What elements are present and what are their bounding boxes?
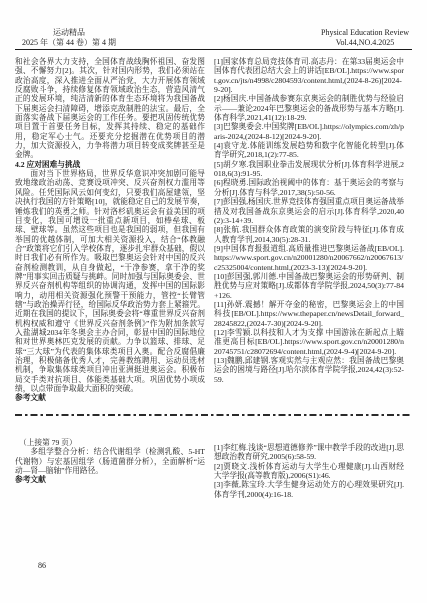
continued-article-left-column: （上接第 79 页） 多组学整合分析：结合代谢组学（检测乳酸、5-HT 代谢物）…: [15, 416, 205, 566]
reference-item: [1]李红梅.浅谈“思想道德修养”课中教学手段的改进[J].思想政治教育研究,2…: [214, 443, 404, 462]
reference-item: [13]魏鹏,邱建钢.客观实然与主观应然：我国备战巴黎奥运会的困境与路径[J].…: [214, 356, 404, 384]
running-head: 运动精品 2025 年（第 44 卷）第 4 期 Physical Educat…: [16, 28, 411, 47]
reference-item: [2]贾晓文.浅析体育运动与大学生心理健康[J].山西财经大学学报(高等教育版)…: [214, 462, 404, 481]
journal-issue-cn: 2025 年（第 44 卷）第 4 期: [22, 38, 116, 48]
journal-page: 运动精品 2025 年（第 44 卷）第 4 期 Physical Educat…: [0, 0, 427, 603]
reference-item: [7]彭国强,杨国庆.世界竞技体育强国重点项目奥运备战举措及对我国备战东京奥运会…: [214, 197, 404, 225]
reference-item: [2]杨国庆.中国备战参赛东京奥运会的制胜优势与经验启示——兼论2024年巴黎奥…: [214, 94, 404, 122]
main-article-left-column: 和社会各界大力支持，全国体育战线胸怀祖国、奋发图强、不懈努力[2]。其次，针对国…: [15, 57, 205, 410]
journal-title-en: Physical Education Review: [321, 28, 409, 38]
reference-item: [9]中国体育报报道组.高质量推进巴黎奥运备战[EB/OL].https://w…: [214, 244, 404, 272]
reference-item: [12]李雪颖.以科技和人才为支撑 中国游泳在新起点上瞄准更高目标[EB/OL]…: [214, 328, 404, 356]
reference-item: [1]国家体育总局竞技体育司.高志丹：在第33届奥运会中国体育代表团总结大会上的…: [214, 57, 404, 94]
reference-item: [3]巴黎奥委会.中国奖牌[EB/OL].https://olympics.co…: [214, 122, 404, 141]
main-article-references-column: [1]国家体育总局竞技体育司.高志丹：在第33届奥运会中国体育代表团总结大会上的…: [214, 57, 404, 410]
reference-item: [5]胡夕寒.我国职业拳击发展现状分析[J].体育科学进展,2018,6(3):…: [214, 160, 404, 179]
reference-item: [6]程晓勇.国际政治视阈中的体育：基于奥运会的考察与分析[J].体育与科学,2…: [214, 178, 404, 197]
reference-item: [4]袁守龙.体能训练发展趋势和数字化智能化转型[J].体育学研究,2018,1…: [214, 141, 404, 160]
running-head-left: 运动精品 2025 年（第 44 卷）第 4 期: [22, 28, 116, 47]
body-paragraph: 面对当下世界格局，世界反华意识冲突加剧可能导致地缘政治动荡、竞赛设项冲突、反兴奋…: [15, 169, 205, 393]
section-heading-4-2: 4.2 应对困难与挑战: [15, 160, 205, 169]
reference-item: [3]李薇,陈宝玲.大学生健身运动处方的心理效果研究[J].体育学刊,2000(…: [214, 480, 404, 499]
references-heading: 参考文献: [15, 475, 205, 484]
reference-item: [8]张航.我国群众体育政策的演变阶段与特征[J].体育成人教育学刊,2014,…: [214, 225, 404, 244]
continued-article-section: （上接第 79 页） 多组学整合分析：结合代谢组学（检测乳酸、5-HT 代谢物）…: [15, 416, 412, 566]
main-article-section: 和社会各界大力支持，全国体育战线胸怀祖国、奋发图强、不懈努力[2]。其次，针对国…: [15, 50, 412, 410]
reference-item: [10]彭国强,郭川德.中国备战巴黎奥运会的形势研判、制胜优势与应对策略[J].…: [214, 272, 404, 300]
page-number: 86: [38, 561, 46, 570]
journal-issue-en: Vol.44,NO.4.2025: [321, 38, 409, 48]
reference-item: [11]孙妍.震撼！解开夺金的秘密，巴黎奥运会上的中国科技[EB/OL].htt…: [214, 300, 404, 328]
running-head-right: Physical Education Review Vol.44,NO.4.20…: [321, 28, 409, 47]
continued-article-references-column: [1]李红梅.浅谈“思想道德修养”课中教学手段的改进[J].思想政治教育研究,2…: [214, 416, 404, 566]
body-paragraph: 和社会各界大力支持，全国体育战线胸怀祖国、奋发图强、不懈努力[2]。其次，针对国…: [15, 57, 205, 160]
continued-from-note: （上接第 79 页）: [15, 438, 205, 447]
body-paragraph: 多组学整合分析：结合代谢组学（检测乳酸、5-HT 代谢物）与宏基因组学（肠道菌群…: [15, 447, 205, 475]
references-heading: 参考文献: [15, 393, 205, 402]
journal-title-cn: 运动精品: [22, 28, 116, 38]
